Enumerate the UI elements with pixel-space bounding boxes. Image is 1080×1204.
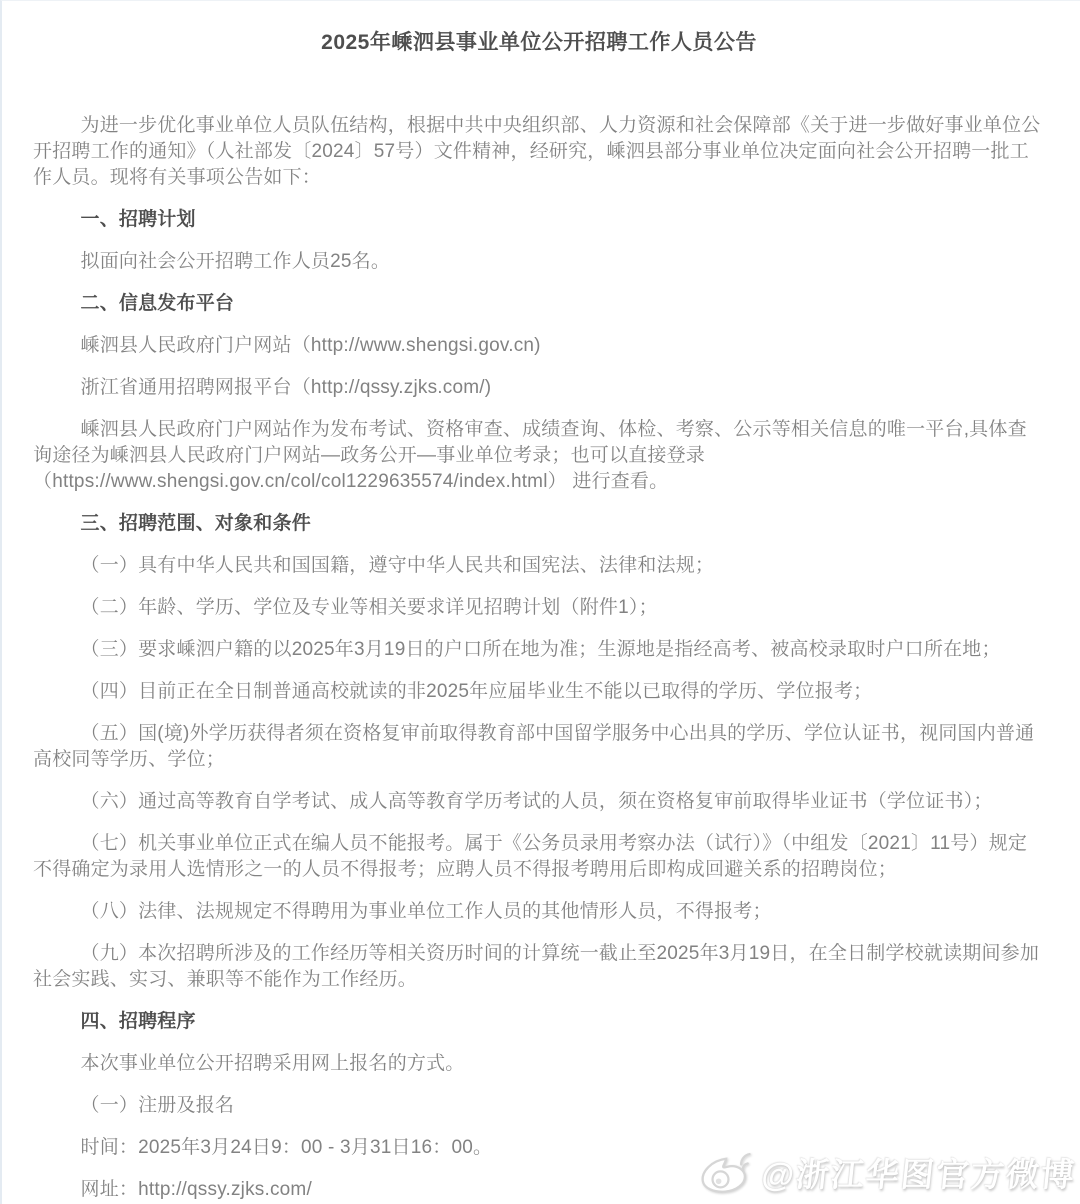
announcement-paragraph: （五）国(境)外学历获得者须在资格复审前取得教育部中国留学服务中心出具的学历、学…: [33, 721, 1045, 773]
announcement-paragraph: 浙江省通用招聘网报平台（http://qssy.zjks.com/): [33, 375, 1045, 401]
announcement-paragraph: 本次事业单位公开招聘采用网上报名的方式。: [33, 1051, 1045, 1077]
announcement-paragraph: （六）通过高等教育自学考试、成人高等教育学历考试的人员，须在资格复审前取得毕业证…: [33, 789, 1045, 815]
page-title: 2025年嵊泗县事业单位公开招聘工作人员公告: [33, 29, 1045, 57]
announcement-paragraph: （一）注册及报名: [33, 1093, 1045, 1119]
announcement-paragraph: （二）年龄、学历、学位及专业等相关要求详见招聘计划（附件1）；: [33, 595, 1045, 621]
document-body: 为进一步优化事业单位人员队伍结构，根据中共中央组织部、人力资源和社会保障部《关于…: [33, 113, 1045, 1203]
section-heading: 四、招聘程序: [33, 1009, 1045, 1035]
announcement-paragraph: 为进一步优化事业单位人员队伍结构，根据中共中央组织部、人力资源和社会保障部《关于…: [33, 113, 1045, 191]
announcement-page: { "document": { "title": "2025年嵊泗县事业单位公开…: [0, 0, 1080, 1204]
announcement-paragraph: 拟面向社会公开招聘工作人员25名。: [33, 249, 1045, 275]
announcement-paragraph: （九）本次招聘所涉及的工作经历等相关资历时间的计算统一截止至2025年3月19日…: [33, 941, 1045, 993]
announcement-paragraph: 嵊泗县人民政府门户网站（http://www.shengsi.gov.cn): [33, 333, 1045, 359]
announcement-paragraph: （四）目前正在全日制普通高校就读的非2025年应届毕业生不能以已取得的学历、学位…: [33, 679, 1045, 705]
section-heading: 一、招聘计划: [33, 207, 1045, 233]
announcement-paragraph: （三）要求嵊泗户籍的以2025年3月19日的户口所在地为准；生源地是指经高考、被…: [33, 637, 1045, 663]
announcement-paragraph: （七）机关事业单位正式在编人员不能报考。属于《公务员录用考察办法（试行）》（中组…: [33, 831, 1045, 883]
announcement-paragraph: 嵊泗县人民政府门户网站作为发布考试、资格审查、成绩查询、体检、考察、公示等相关信…: [33, 417, 1045, 495]
section-heading: 三、招聘范围、对象和条件: [33, 511, 1045, 537]
announcement-paragraph: （一）具有中华人民共和国国籍，遵守中华人民共和国宪法、法律和法规；: [33, 553, 1045, 579]
announcement-paragraph: 时间：2025年3月24日9：00 - 3月31日16：00。: [33, 1135, 1045, 1161]
announcement-document: 2025年嵊泗县事业单位公开招聘工作人员公告 为进一步优化事业单位人员队伍结构，…: [2, 1, 1080, 1203]
announcement-paragraph: （八）法律、法规规定不得聘用为事业单位工作人员的其他情形人员，不得报考；: [33, 899, 1045, 925]
section-heading: 二、信息发布平台: [33, 291, 1045, 317]
announcement-paragraph: 网址：http://qssy.zjks.com/: [33, 1177, 1045, 1203]
